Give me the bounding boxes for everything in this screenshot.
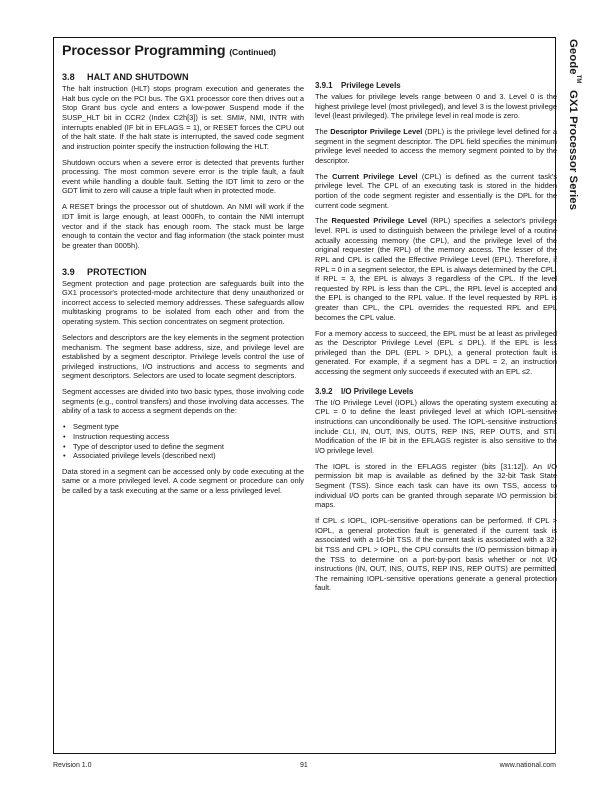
page-title-continued: (Continued): [229, 47, 276, 57]
footer-website: www.national.com: [500, 762, 556, 769]
paragraph: Shutdown occurs when a severe error is d…: [62, 158, 304, 197]
list-item: Segment type: [73, 422, 304, 432]
footer-revision: Revision 1.0: [53, 762, 92, 769]
text: The: [315, 216, 332, 225]
text: The: [315, 127, 330, 136]
paragraph: The halt instruction (HLT) stops program…: [62, 84, 304, 151]
paragraph: Data stored in a segment can be accessed…: [62, 467, 304, 496]
series-name: GX1 Processor Series: [567, 90, 579, 210]
paragraph: Segment protection and page protection a…: [62, 279, 304, 327]
subsection-number: 3.9.2: [315, 387, 341, 397]
text: The: [315, 172, 332, 181]
term-cpl: Current Privilege Level: [332, 172, 417, 181]
page-title: Processor Programming (Continued): [62, 43, 276, 59]
section-title: HALT AND SHUTDOWN: [87, 72, 189, 82]
right-column: 3.9.1Privilege Levels The values for pri…: [315, 81, 557, 599]
subsection-number: 3.9.1: [315, 81, 341, 91]
subsection-heading-3-9-2: 3.9.2I/O Privilege Levels: [315, 387, 557, 397]
term-dpl: Descriptor Privilege Level: [330, 127, 422, 136]
list-item: Associated privilege levels (described n…: [73, 451, 304, 461]
paragraph: The values for privilege levels range be…: [315, 92, 557, 121]
text: (RPL) specifies a selector's privilege l…: [315, 216, 557, 321]
page-title-text: Processor Programming: [62, 43, 225, 59]
paragraph: If CPL ≤ IOPL, IOPL-sensitive operations…: [315, 516, 557, 593]
subsection-title: I/O Privilege Levels: [341, 387, 413, 396]
brand-name: Geode: [567, 39, 579, 75]
footer-page-number: 91: [300, 762, 308, 769]
section-heading-3-9: 3.9PROTECTION: [62, 267, 304, 278]
paragraph: Selectors and descriptors are the key el…: [62, 333, 304, 381]
dpl-paragraph: The Descriptor Privilege Level (DPL) is …: [315, 127, 557, 166]
paragraph: A RESET brings the processor out of shut…: [62, 202, 304, 250]
subsection-title: Privilege Levels: [341, 81, 401, 90]
paragraph: The IOPL is stored in the EFLAGS registe…: [315, 462, 557, 510]
section-number: 3.9: [62, 267, 87, 278]
rpl-paragraph: The Requested Privilege Level (RPL) spec…: [315, 216, 557, 322]
trademark-mark: TM: [575, 75, 581, 84]
subsection-heading-3-9-1: 3.9.1Privilege Levels: [315, 81, 557, 91]
segment-access-factors-list: Segment type Instruction requesting acce…: [62, 422, 304, 461]
paragraph: Segment accesses are divided into two ba…: [62, 387, 304, 416]
list-item: Instruction requesting access: [73, 432, 304, 442]
side-series-label: GeodeTM GX1 Processor Series: [567, 39, 581, 269]
list-item: Type of descriptor used to define the se…: [73, 442, 304, 452]
section-number: 3.8: [62, 72, 87, 83]
paragraph: For a memory access to succeed, the EPL …: [315, 329, 557, 377]
cpl-paragraph: The Current Privilege Level (CPL) is def…: [315, 172, 557, 211]
section-heading-3-8: 3.8HALT AND SHUTDOWN: [62, 72, 304, 83]
section-title: PROTECTION: [87, 267, 147, 277]
left-column: 3.8HALT AND SHUTDOWN The halt instructio…: [62, 72, 304, 502]
term-rpl: Requested Privilege Level: [332, 216, 427, 225]
paragraph: The I/O Privilege Level (IOPL) allows th…: [315, 398, 557, 456]
